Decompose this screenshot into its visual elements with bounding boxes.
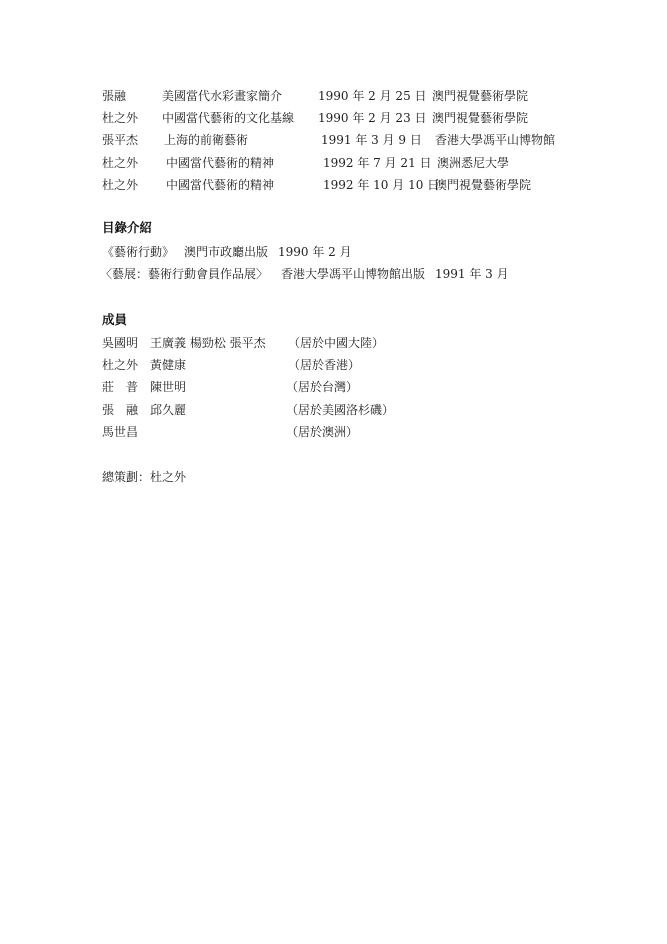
artist: 張融 <box>102 89 126 103</box>
member-names: 張 融 邱久麗 <box>102 403 186 417</box>
member-names: 杜之外 黃健康 <box>102 358 186 372</box>
catalog-date: 1991 年 3 月 <box>435 267 509 281</box>
section-heading: 成員 <box>102 313 127 327</box>
member-names: 馬世昌 <box>102 425 138 439</box>
catalog-title: 〈藝展：藝術行動會員作品展〉 <box>100 267 268 281</box>
member-names: 莊 普 陳世明 <box>102 380 186 394</box>
section-heading: 目錄介紹 <box>102 221 152 235</box>
venue: 澳洲悉尼大學 <box>437 156 509 170</box>
date: 1991 年 3 月 9 日 <box>321 133 422 147</box>
date: 1990 年 2 月 25 日 <box>318 89 427 103</box>
catalog-title: 《藝術行動》 <box>102 245 174 259</box>
lecture-title: 美國當代水彩畫家簡介 <box>162 89 282 103</box>
member-names: 吳國明 王廣義 楊勁松 張平杰 <box>102 336 266 350</box>
lecture-title: 中國當代藝術的精神 <box>166 156 274 170</box>
member-location: （居於台灣） <box>286 380 358 394</box>
artist: 杜之外 <box>102 156 138 170</box>
venue: 香港大學馮平山博物館 <box>435 133 555 147</box>
member-location: （居於澳洲） <box>286 425 358 439</box>
catalog-publisher: 香港大學馮平山博物館出版 <box>281 267 425 281</box>
lecture-title: 上海的前衛藝術 <box>164 133 248 147</box>
member-location: （居於美國洛杉磯） <box>286 403 394 417</box>
catalog-date: 1990 年 2 月 <box>278 245 352 259</box>
chief-planner: 總策劃：杜之外 <box>102 470 186 484</box>
artist: 杜之外 <box>102 178 138 192</box>
lecture-title: 中國當代藝術的精神 <box>166 178 274 192</box>
member-location: （居於香港） <box>288 358 360 372</box>
date: 1992 年 7 月 21 日 <box>323 156 432 170</box>
date: 1990 年 2 月 23 日 <box>318 111 427 125</box>
venue: 澳門視覺藝術學院 <box>432 111 528 125</box>
date: 1992 年 10 月 10 日 <box>323 178 439 192</box>
member-location: （居於中國大陸） <box>288 336 384 350</box>
catalog-publisher: 澳門市政廳出版 <box>184 245 268 259</box>
artist: 杜之外 <box>102 111 138 125</box>
venue: 澳門視覺藝術學院 <box>435 178 531 192</box>
lecture-title: 中國當代藝術的文化基線 <box>162 111 294 125</box>
artist: 張平杰 <box>102 133 138 147</box>
venue: 澳門視覺藝術學院 <box>432 89 528 103</box>
